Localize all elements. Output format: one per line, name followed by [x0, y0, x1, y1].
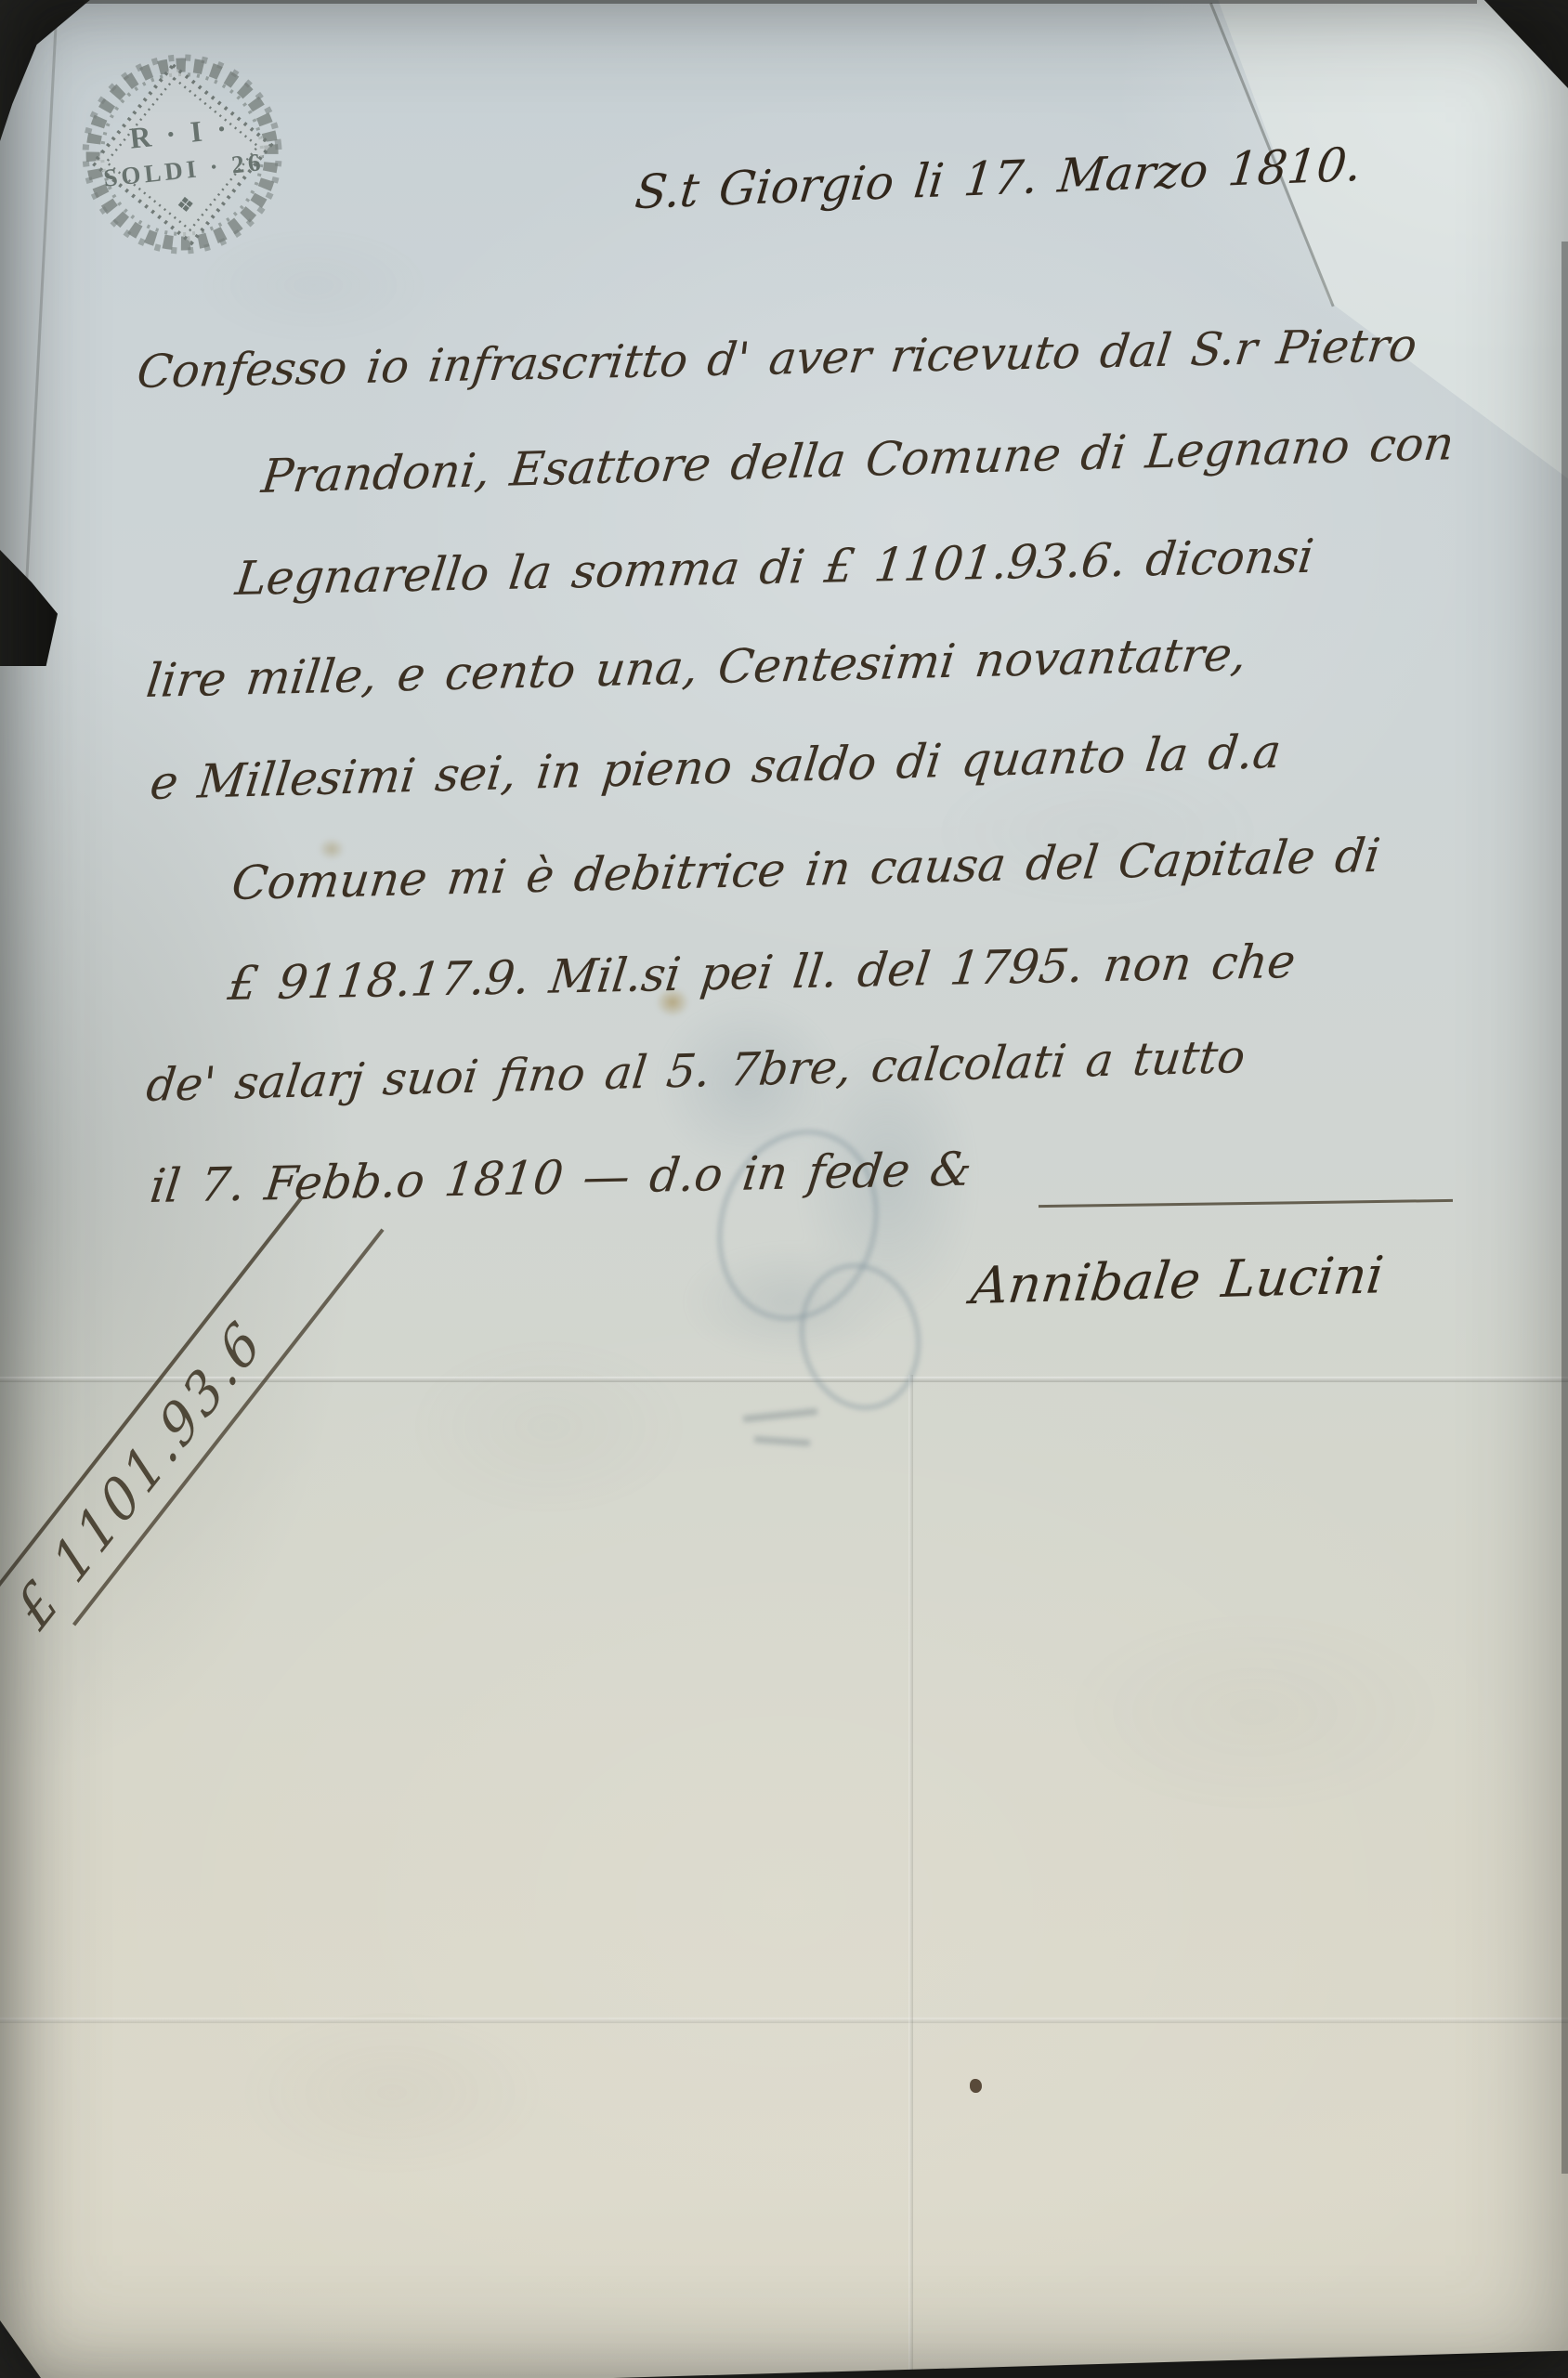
signature: Annibale Lucini [968, 1245, 1386, 1315]
document-photo: R · I · SOLDI · 26 ❖ S.t Giorgio li 17. … [0, 0, 1568, 2378]
